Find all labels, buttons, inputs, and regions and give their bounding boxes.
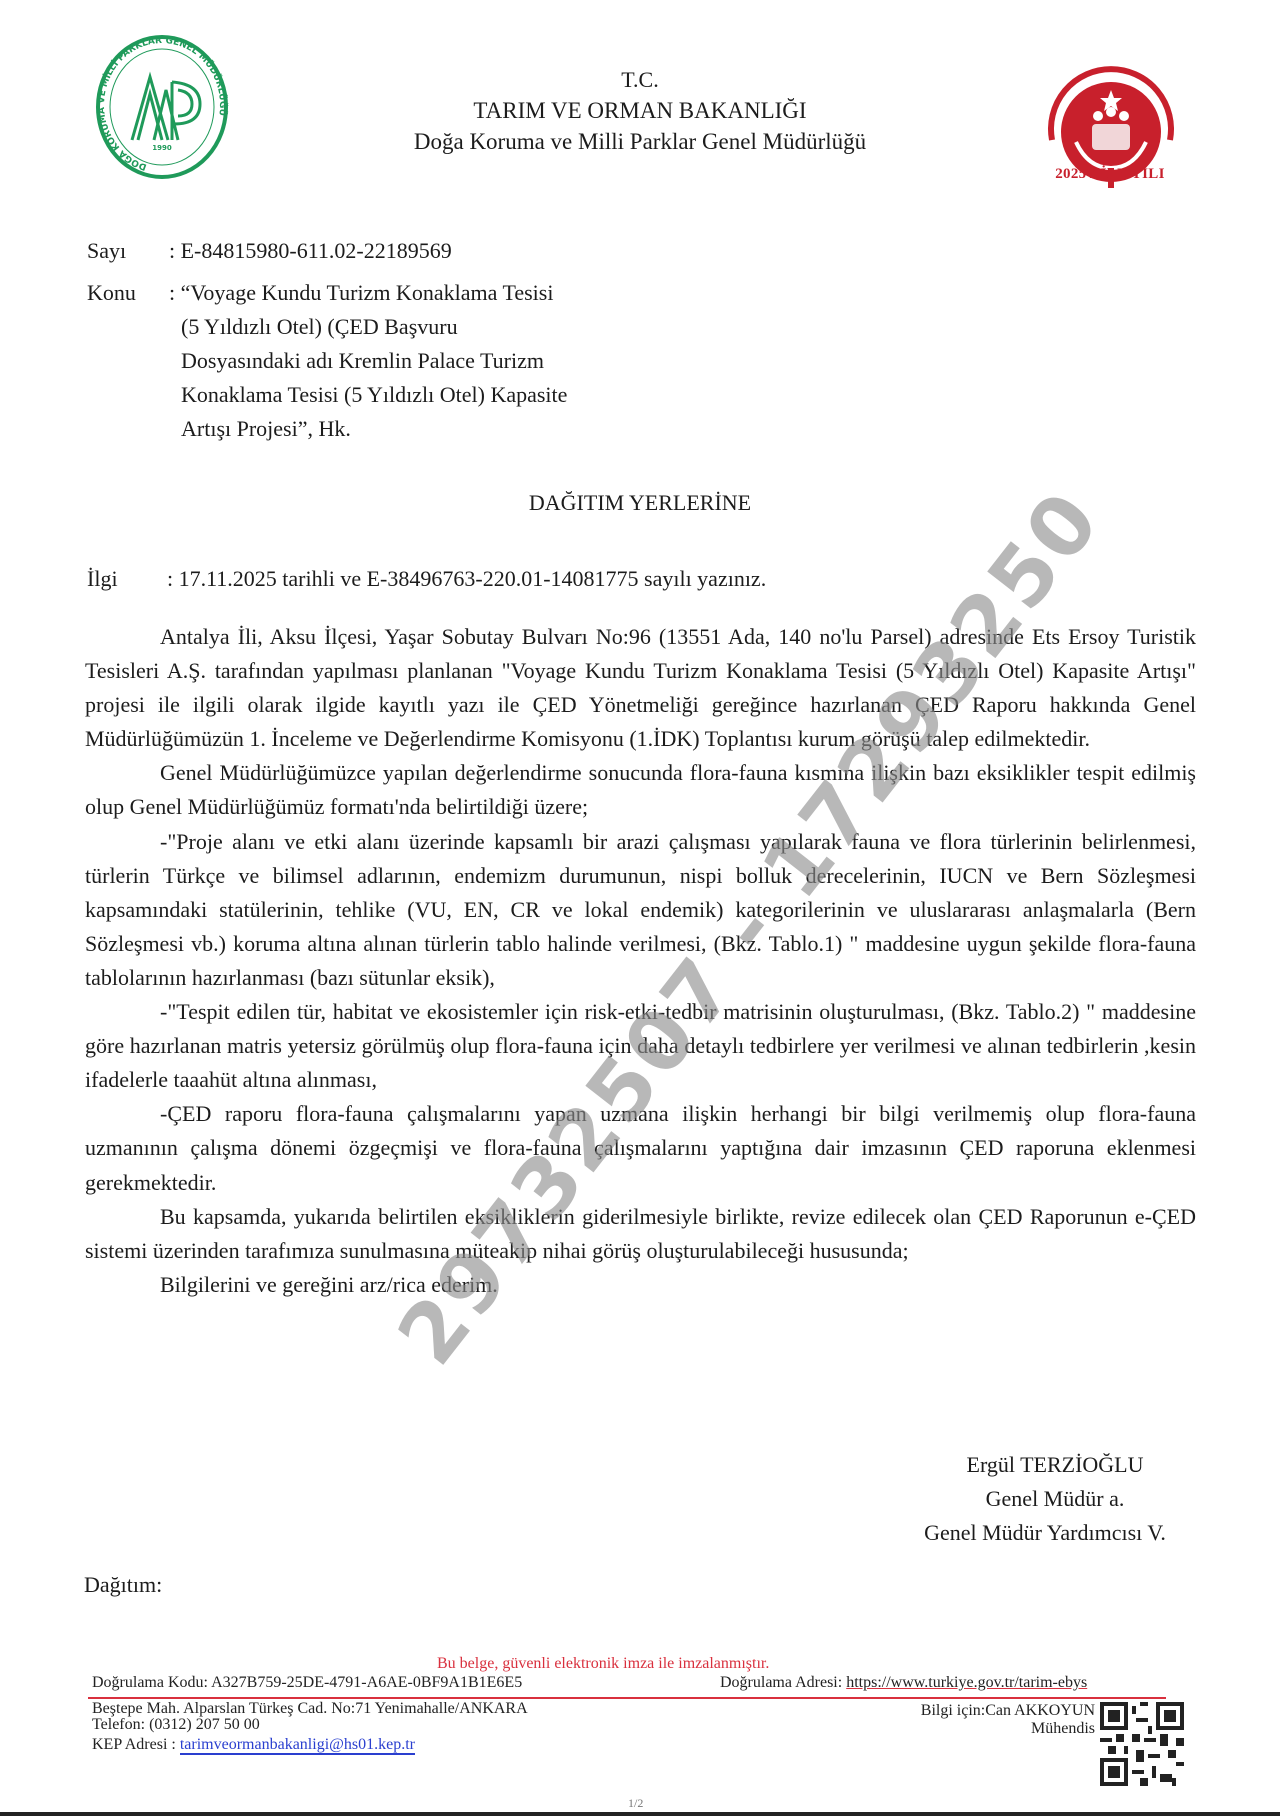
bottom-edge xyxy=(0,1812,1280,1816)
ilgi-row: İlgi: 17.11.2025 tarihli ve E-38496763-2… xyxy=(87,566,766,592)
signature-block: Ergül TERZİOĞLU Genel Müdür a. Genel Müd… xyxy=(890,1448,1220,1550)
dkmp-logo-icon: 1990 DOĞA KORUMA VE MİLLİ PARKLAR GENEL … xyxy=(92,32,232,182)
letter-body: Antalya İli, Aksu İlçesi, Yaşar Sobutay … xyxy=(85,620,1196,1302)
verification-code: Doğrulama Kodu: A327B759-25DE-4791-A6AE-… xyxy=(92,1674,522,1692)
konu-value: : “Voyage Kundu Turizm Konaklama Tesisi … xyxy=(169,276,567,446)
signatory-title: Genel Müdür a. xyxy=(890,1482,1220,1516)
svg-text:1990: 1990 xyxy=(152,144,172,152)
signatory-title-2: Genel Müdür Yardımcısı V. xyxy=(870,1516,1220,1550)
info-contact: Bilgi için:Can AKKOYUN Mühendis xyxy=(880,1702,1095,1738)
body-paragraph: Antalya İli, Aksu İlçesi, Yaşar Sobutay … xyxy=(85,620,1196,756)
body-paragraph: -ÇED raporu flora-fauna çalışmalarını ya… xyxy=(85,1097,1196,1199)
body-paragraph: -"Proje alanı ve etki alanı üzerinde kap… xyxy=(85,825,1196,995)
tc-heading: T.C. xyxy=(340,64,940,95)
kep-email-link[interactable]: tarimveormanbakanligi@hs01.kep.tr xyxy=(180,1736,415,1755)
sayi-value: : E-84815980-611.02-22189569 xyxy=(169,234,452,268)
body-paragraph: -"Tespit edilen tür, habitat ve ekosiste… xyxy=(85,995,1196,1097)
konu-label: Konu xyxy=(87,276,167,310)
body-paragraph: Genel Müdürlüğümüzce yapılan değerlendir… xyxy=(85,756,1196,824)
body-paragraph: Bu kapsamda, yukarıda belirtilen eksikli… xyxy=(85,1200,1196,1268)
document-page: 1990 DOĞA KORUMA VE MİLLİ PARKLAR GENEL … xyxy=(0,0,1280,1816)
letterhead: T.C. TARIM VE ORMAN BAKANLIĞI Doğa Korum… xyxy=(340,64,940,157)
body-paragraph: Bilgilerini ve gereğini arz/rica ederim. xyxy=(85,1268,1196,1302)
info-role: Mühendis xyxy=(880,1720,1095,1738)
kep-address: KEP Adresi : tarimveormanbakanligi@hs01.… xyxy=(92,1736,415,1754)
signatory-name: Ergül TERZİOĞLU xyxy=(890,1448,1220,1482)
recipient-title: DAĞITIM YERLERİNE xyxy=(0,490,1280,516)
page-number: 1/2 xyxy=(628,1796,643,1811)
directorate-name: Doğa Koruma ve Milli Parklar Genel Müdür… xyxy=(340,126,940,157)
ilgi-value: : 17.11.2025 tarihli ve E-38496763-220.0… xyxy=(167,566,766,591)
footer-phone: Telefon: (0312) 207 50 00 xyxy=(92,1717,528,1733)
family-year-caption: 2025 AİLE YILI xyxy=(1030,166,1190,183)
ministry-name: TARIM VE ORMAN BAKANLIĞI xyxy=(340,95,940,126)
sayi-label: Sayı xyxy=(87,234,167,268)
distribution-label: Dağıtım: xyxy=(84,1572,162,1598)
footer-address: Beştepe Mah. Alparslan Türkeş Cad. No:71… xyxy=(92,1701,528,1733)
verification-url-link[interactable]: https://www.turkiye.gov.tr/tarim-ebys xyxy=(846,1674,1087,1691)
footer-divider xyxy=(88,1697,1166,1699)
verification-address: Doğrulama Adresi: https://www.turkiye.go… xyxy=(720,1674,1087,1692)
esign-notice: Bu belge, güvenli elektronik imza ile im… xyxy=(437,1655,769,1673)
qr-code-icon xyxy=(1100,1702,1184,1786)
ilgi-label: İlgi xyxy=(87,566,167,592)
